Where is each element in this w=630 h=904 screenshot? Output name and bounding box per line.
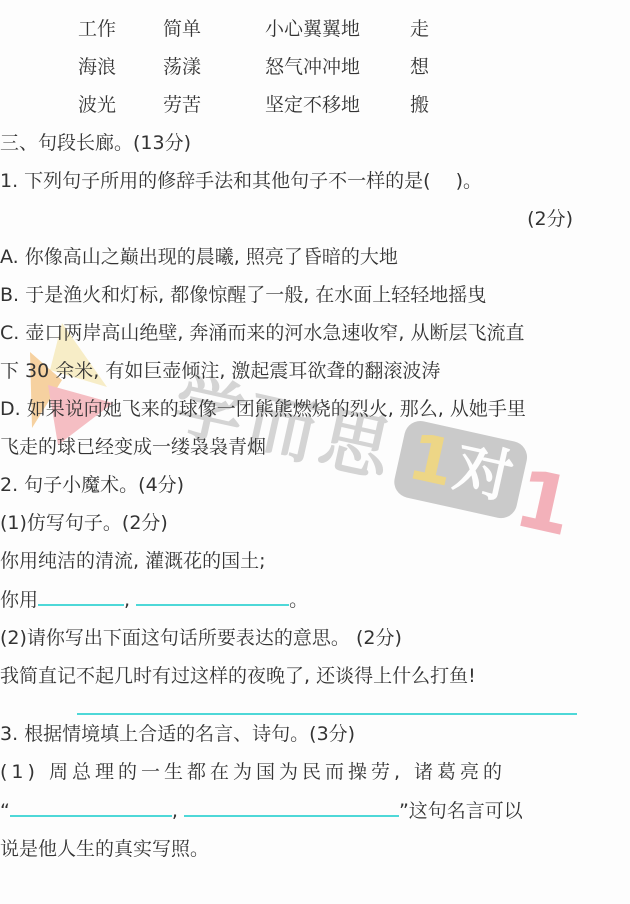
worksheet-content: 工作 简单 小心翼翼地 走 海浪 荡漾 怒气冲冲地 想 波光 劳苦 坚定不移地 …: [0, 0, 630, 868]
close-quote: ”: [399, 800, 409, 822]
match-word: 走: [410, 10, 429, 48]
worksheet-page: 学 而 思 1 对 1 工作 简单 小心翼翼地 走 海浪 荡漾 怒气冲冲地 想 …: [0, 0, 630, 904]
quote-comma: ,: [172, 800, 178, 822]
blank-underline-2: [136, 580, 289, 606]
q1-option-a: A. 你像高山之巅出现的晨曦, 照亮了昏暗的大地: [0, 238, 630, 276]
match-row: 工作 简单 小心翼翼地 走: [0, 10, 630, 48]
q3-quote-tail: 这句名言可以: [409, 800, 523, 822]
q1-option-d-continued: 飞走的球已经变成一缕袅袅青烟: [0, 428, 630, 466]
fill-prefix: 你用: [0, 589, 38, 611]
section-heading: 三、句段长廊。(13分): [0, 124, 630, 162]
match-word: 想: [410, 48, 429, 86]
q2-sub2-label: (2)请你写出下面这句话所要表达的意思。 (2分): [0, 619, 630, 657]
q1-option-b: B. 于是渔火和灯标, 都像惊醒了一般, 在水面上轻轻地摇曳: [0, 276, 630, 314]
q1-stem: 1. 下列句子所用的修辞手法和其他句子不一样的是( )。: [0, 162, 630, 200]
match-phrase: 坚定不移地: [265, 86, 360, 124]
q2-sub2-sentence: 我简直记不起几时有过这样的夜晚了, 还谈得上什么打鱼!: [0, 657, 630, 695]
blank-underline-4: [184, 791, 399, 817]
match-row: 海浪 荡漾 怒气冲冲地 想: [0, 48, 630, 86]
blank-underline-1: [38, 580, 124, 606]
match-phrase: 小心翼翼地: [265, 10, 360, 48]
q3-quote-line: “, ”这句名言可以: [0, 791, 630, 830]
match-word: 搬: [410, 86, 429, 124]
q2-sub1-label: (1)仿写句子。(2分): [0, 504, 630, 542]
fill-period: 。: [289, 589, 308, 611]
q3-context-end: 说是他人生的真实写照。: [0, 830, 630, 868]
q1-option-c: C. 壶口两岸高山绝壁, 奔涌而来的河水急速收窄, 从断层飞流直: [0, 314, 630, 352]
q1-option-d: D. 如果说向她飞来的球像一团熊熊燃烧的烈火, 那么, 从她手里: [0, 390, 630, 428]
q2-stem: 2. 句子小魔术。(4分): [0, 466, 630, 504]
match-word: 海浪: [78, 48, 116, 86]
q2-example-sentence: 你用纯洁的清流, 灌溉花的国土;: [0, 542, 630, 580]
q2-fill-sentence: 你用, 。: [0, 580, 630, 619]
open-quote: “: [0, 800, 10, 822]
match-phrase: 怒气冲冲地: [265, 48, 360, 86]
match-word: 波光: [78, 86, 116, 124]
q1-score: (2分): [0, 200, 630, 238]
matching-table: 工作 简单 小心翼翼地 走 海浪 荡漾 怒气冲冲地 想 波光 劳苦 坚定不移地 …: [0, 10, 630, 124]
match-word: 简单: [163, 10, 201, 48]
q3-stem: 3. 根据情境填上合适的名言、诗句。(3分): [0, 715, 630, 753]
match-word: 劳苦: [163, 86, 201, 124]
q3-context-line: (1) 周总理的一生都在为国为民而操劳, 诸葛亮的: [0, 753, 630, 791]
match-word: 荡漾: [163, 48, 201, 86]
blank-underline-3: [10, 791, 172, 817]
fill-comma: ,: [124, 589, 130, 611]
match-row: 波光 劳苦 坚定不移地 搬: [0, 86, 630, 124]
match-word: 工作: [78, 10, 116, 48]
q1-option-c-continued: 下 30 余米, 有如巨壶倾注, 激起震耳欲聋的翻滚波涛: [0, 352, 630, 390]
